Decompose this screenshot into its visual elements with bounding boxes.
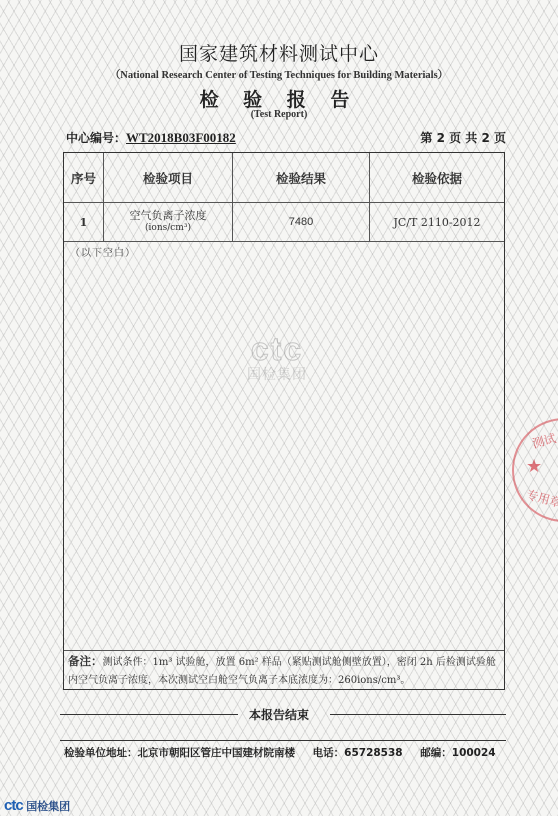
report-title-cn: 检 验 报 告 (0, 85, 558, 112)
column-header-item: 检验项目 (104, 153, 232, 202)
watermark-name: 国检集团 (222, 364, 332, 384)
row-standard: JC/T 2110-2012 (370, 203, 504, 241)
footer-phone: 电话：65728538 (313, 747, 403, 759)
report-title-en: (Test Report) (0, 109, 558, 120)
remarks: 备注：测试条件：1m³ 试验舱，放置 6m² 样品（紧贴测试舱侧壁放置），密闭 … (68, 652, 500, 690)
footer-postcode: 邮编：100024 (420, 747, 495, 759)
item-name: 空气负离子浓度 (130, 209, 207, 222)
footer-address: 检验单位地址：北京市朝阳区管庄中国建材院南楼 (64, 747, 295, 759)
org-name-cn: 国家建筑材料测试中心 (0, 39, 558, 66)
center-no-label: 中心编号： (66, 131, 126, 145)
column-header-standard: 检验依据 (370, 153, 504, 202)
remarks-label: 备注： (68, 654, 103, 668)
stamp-text-bottom: 专用章 (524, 486, 558, 512)
remarks-text: 测试条件：1m³ 试验舱，放置 6m² 样品（紧贴测试舱侧壁放置），密闭 2h … (68, 657, 496, 686)
column-header-result: 检验结果 (233, 153, 369, 202)
stamp-text-top: 测试 (530, 429, 558, 452)
org-name-en: （National Research Center of Testing Tec… (0, 67, 558, 82)
footer-info: 检验单位地址：北京市朝阳区管庄中国建材院南楼 电话：65728538 邮编：10… (64, 745, 510, 760)
official-stamp: 测试 ★ 专用章 (512, 418, 558, 522)
star-icon: ★ (526, 456, 542, 477)
divider (60, 740, 506, 741)
brand-name: 国检集团 (26, 800, 70, 813)
report-meta: 中心编号：WT2018B03F00182 第 2 页 共 2 页 (66, 129, 506, 146)
row-no: 1 (64, 203, 103, 241)
page-info: 第 2 页 共 2 页 (420, 129, 506, 146)
ctc-logo-icon: ctc (4, 797, 23, 814)
item-unit: (ions/cm³) (145, 222, 191, 235)
blank-below-note: （以下空白） (70, 244, 136, 259)
row-result: 7480 (233, 203, 369, 241)
watermark-logo-icon: ctc (222, 334, 332, 364)
watermark: ctc 国检集团 (222, 334, 332, 384)
center-no: WT2018B03F00182 (126, 130, 236, 145)
column-header-no: 序号 (64, 153, 103, 202)
divider (64, 650, 504, 651)
row-item: 空气负离子浓度 (ions/cm³) (104, 203, 232, 241)
brand-logo: ctc 国检集团 (4, 797, 70, 814)
results-table: 序号 检验项目 检验结果 检验依据 1 空气负离子浓度 (ions/cm³) 7… (63, 152, 505, 690)
divider (64, 241, 504, 242)
divider (330, 714, 506, 715)
